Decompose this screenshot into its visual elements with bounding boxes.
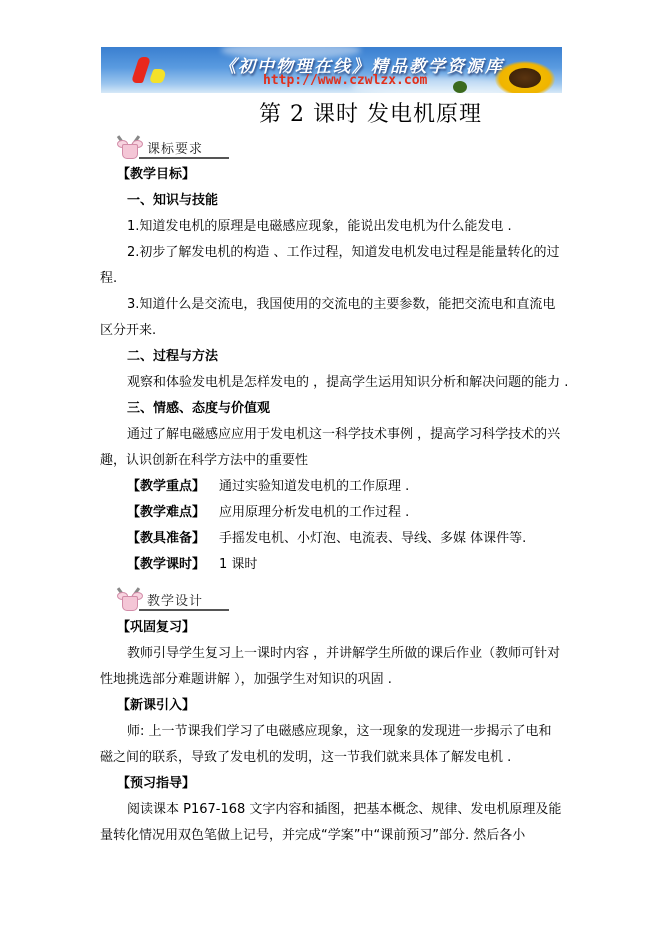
- leaf-decoration: [453, 81, 467, 93]
- divider: [139, 157, 229, 159]
- review-heading: 【巩固复习】: [117, 620, 587, 636]
- preview-heading: 【预习指导】: [117, 776, 587, 792]
- logo-icon: [131, 57, 151, 83]
- key-info-row: 【教具准备】手摇发电机、小灯泡、电流表、导线、多媒 体课件等.: [127, 531, 597, 547]
- banner-url: http://www.czwlzx.com: [263, 73, 427, 88]
- intro-heading: 【新课引入】: [117, 698, 587, 714]
- process-heading: 二、过程与方法: [127, 349, 597, 365]
- divider: [139, 609, 229, 611]
- sunflower-icon: [495, 61, 555, 93]
- knowledge-heading: 一、知识与技能: [127, 193, 597, 209]
- key-label: 【教学重点】: [127, 479, 219, 495]
- section-label: 教学设计: [147, 590, 203, 609]
- review-text-cont: 性地挑选部分难题讲解 ），加强学生对知识的巩固 .: [100, 672, 570, 688]
- key-value: 通过实验知道发电机的工作原理 .: [219, 479, 409, 494]
- key-label: 【教学难点】: [127, 505, 219, 521]
- key-info-row: 【教学重点】通过实验知道发电机的工作原理 .: [127, 479, 597, 495]
- emotion-heading: 三、情感、态度与价值观: [127, 401, 597, 417]
- intro-text-cont: 磁之间的联系，导致了发电机的发明，这一节我们就来具体了解发电机 .: [100, 750, 570, 766]
- key-info-row: 【教学课时】1 课时: [127, 557, 597, 573]
- objective-item-cont: 程.: [100, 271, 570, 287]
- header-banner: 《初中物理在线》精品教学资源库 http://www.czwlzx.com: [101, 47, 562, 93]
- objective-item: 1.知道发电机的原理是电磁感应现象，能说出发电机为什么能发电 .: [127, 219, 597, 235]
- section-label: 课标要求: [147, 138, 203, 157]
- logo-icon-accent: [148, 69, 167, 83]
- review-text: 教师引导学生复习上一课时内容 ，并讲解学生所做的课后作业（教师可针对: [127, 646, 597, 662]
- emotion-text: 通过了解电磁感应应用于发电机这一科学技术事例 ，提高学习科学技术的兴: [127, 427, 597, 443]
- objective-item: 3.知道什么是交流电，我国使用的交流电的主要参数，能把交流电和直流电: [127, 297, 597, 313]
- section-header-curriculum: 课标要求: [117, 131, 229, 161]
- objective-item-cont: 区分开来.: [100, 323, 570, 339]
- pencil-pot-icon: [119, 135, 141, 159]
- key-value: 手摇发电机、小灯泡、电流表、导线、多媒 体课件等.: [219, 531, 526, 546]
- process-text: 观察和体验发电机是怎样发电的 ，提高学生运用知识分析和解决问题的能力 .: [127, 375, 597, 391]
- key-label: 【教学课时】: [127, 557, 219, 573]
- page-title: 第 2 课时 发电机原理: [0, 97, 661, 128]
- section-header-design: 教学设计: [117, 583, 229, 613]
- emotion-text-cont: 趣，认识创新在科学方法中的重要性: [100, 453, 570, 469]
- key-value: 应用原理分析发电机的工作过程 .: [219, 505, 409, 520]
- preview-text-cont: 量转化情况用双色笔做上记号，并完成“学案”中“课前预习”部分. 然后各小: [100, 828, 570, 844]
- intro-text: 师: 上一节课我们学习了电磁感应现象，这一现象的发现进一步揭示了电和: [127, 724, 597, 740]
- preview-text: 阅读课本 P167-168 文字内容和插图，把基本概念、规律、发电机原理及能: [127, 802, 597, 818]
- objectives-heading: 【教学目标】: [117, 167, 587, 183]
- objective-item: 2.初步了解发电机的构造 、工作过程，知道发电机发电过程是能量转化的过: [127, 245, 597, 261]
- pencil-pot-icon: [119, 587, 141, 611]
- key-value: 1 课时: [219, 557, 257, 572]
- key-info-row: 【教学难点】应用原理分析发电机的工作过程 .: [127, 505, 597, 521]
- key-label: 【教具准备】: [127, 531, 219, 547]
